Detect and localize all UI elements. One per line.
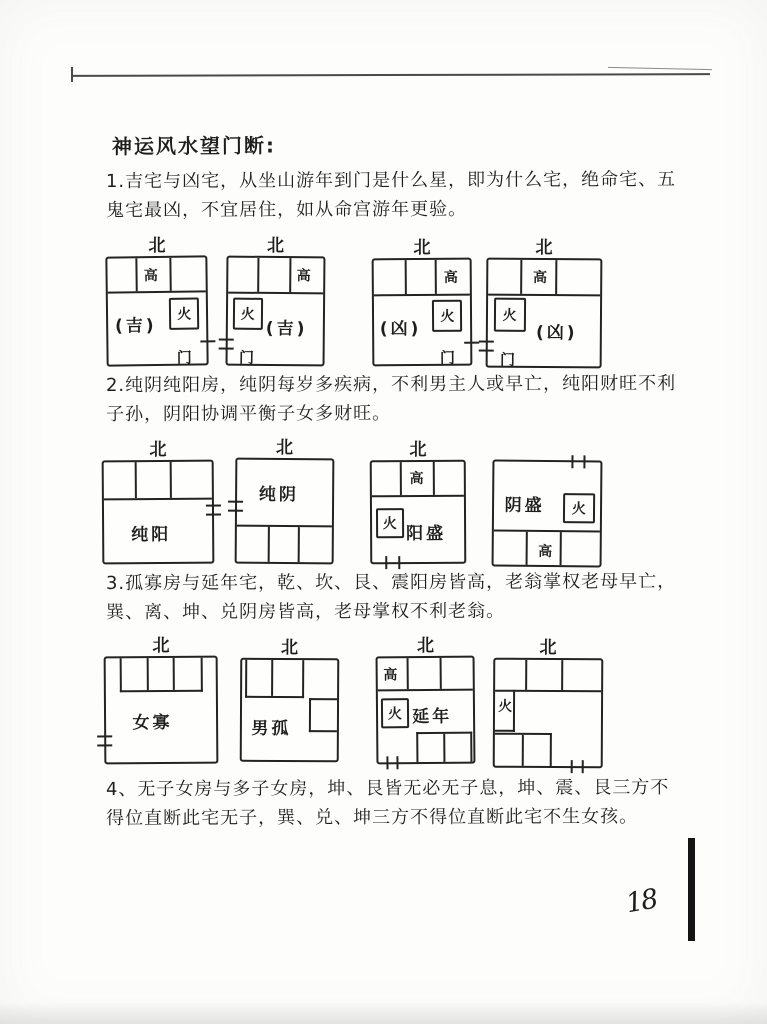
door-tick: [479, 340, 494, 342]
scan-bottom-smudge: [0, 1002, 767, 1024]
label-fire: 火: [383, 513, 397, 533]
label-door: 门: [177, 347, 192, 368]
house-diagram-r1-3: 北 高 (凶) 火 门: [374, 238, 470, 366]
room-block: [120, 658, 203, 693]
wall-line: [488, 294, 600, 297]
door-tick: [583, 455, 585, 468]
house-diagram-r3-3: 北 高 火 延年: [378, 636, 473, 764]
fire-box: 火: [563, 493, 595, 523]
north-label: 北: [149, 236, 166, 256]
label-fire: 火: [498, 696, 512, 716]
north-label: 北: [540, 638, 557, 658]
label-fire: 火: [388, 703, 402, 723]
door-tick: [219, 338, 234, 340]
wall-line: [104, 498, 212, 501]
label-high: 高: [444, 267, 458, 287]
door-tick: [386, 756, 388, 769]
label-high: 高: [409, 468, 423, 488]
label-yang-flourish: 阳盛: [406, 519, 446, 544]
page-number: 18: [624, 884, 659, 920]
wall-line: [237, 525, 332, 528]
north-label: 北: [150, 440, 167, 460]
scan-artifact-bar: [688, 838, 695, 941]
house-plan: 纯阳: [102, 460, 215, 565]
wall-line: [169, 258, 171, 291]
label-yin-flourish: 阴盛: [505, 490, 545, 515]
fire-box: 火: [432, 299, 462, 331]
fire-box: 火: [493, 298, 525, 332]
house-diagram-r3-4: 北 火: [495, 638, 601, 768]
label-fire: 火: [440, 305, 454, 325]
label-auspicious: (吉): [266, 314, 308, 339]
wall-line: [404, 260, 406, 294]
house-diagram-r2-1: 北 纯阳: [104, 440, 212, 564]
label-high: 高: [144, 265, 158, 285]
wall-line: [378, 689, 473, 692]
wall-line: [257, 258, 259, 292]
door-tick: [228, 510, 243, 512]
door-tick: [97, 745, 112, 747]
wall-line: [439, 658, 441, 689]
label-fire: 火: [241, 304, 255, 324]
wall-line: [559, 532, 561, 565]
door-tick: [219, 348, 234, 350]
label-pure-yang: 纯阳: [131, 520, 171, 545]
house-diagram-r1-2: 北 高 火 (吉) 门: [228, 236, 323, 366]
door-tick: [396, 756, 398, 769]
house-diagram-r1-1: 北 高 (吉) 火 门: [108, 236, 206, 366]
wall-line: [108, 290, 206, 293]
house-diagram-r3-2: 北 男孤: [242, 638, 337, 762]
house-plan: 男孤: [240, 658, 340, 763]
wall-line: [435, 260, 437, 294]
fire-box: 火: [376, 508, 404, 538]
house-diagram-r2-4: 高 阴盛 火: [494, 440, 600, 567]
label-high: 高: [297, 265, 311, 285]
label-yan-nian: 延年: [412, 701, 452, 726]
label-fire: 火: [177, 304, 191, 324]
paragraph-2: 2.纯阴纯阳房，纯阴每岁多疾病，不利男主人或早亡，纯阳财旺不利子孙，阴阳协调平衡…: [106, 369, 686, 429]
door-tick: [572, 455, 574, 468]
wall-line: [170, 462, 172, 498]
scanned-page: /* placeholder to keep structure simple …: [0, 0, 767, 1024]
wall-line: [271, 660, 273, 696]
wall-line: [136, 258, 138, 291]
room-block: [309, 698, 337, 732]
wall-line: [173, 658, 175, 690]
door-tick: [206, 505, 221, 507]
house-plan: 高 (凶) 火 门: [372, 258, 473, 367]
wall-line: [146, 658, 148, 690]
north-label: 北: [153, 636, 170, 656]
house-plan: 高 火 (吉) 门: [226, 256, 326, 367]
wall-line: [399, 462, 401, 495]
label-female-widow: 女寡: [132, 708, 172, 733]
door-tick: [228, 500, 243, 502]
paragraph-4: 4、无子女房与多子女房，坤、艮皆无必无子息，坤、震、艮三方不得位直断此宅无子，巽…: [106, 773, 686, 833]
wall-line: [228, 292, 323, 295]
north-label: 北: [536, 238, 553, 258]
door-tick: [479, 350, 494, 352]
door-tick: [200, 340, 215, 342]
label-inauspicious: (凶): [380, 314, 422, 339]
wall-line: [521, 735, 523, 766]
paragraph-3: 3.孤寡房与延年宅，乾、坎、艮、震阳房皆高，老翁掌权老母早亡，巽、离、坤、兑阴房…: [106, 567, 686, 627]
house-plan: 女寡: [104, 656, 219, 765]
wall-line: [432, 462, 434, 495]
house-diagram-r3-1: 北 女寡: [106, 636, 216, 764]
house-plan: 高 火 (凶) 门: [486, 258, 603, 369]
wall-line: [297, 527, 299, 562]
fire-box: 火: [169, 298, 199, 330]
door-tick: [97, 735, 112, 737]
wall-line: [289, 258, 291, 292]
wall-line: [268, 527, 270, 562]
wall-line: [374, 294, 470, 297]
wall-line: [135, 462, 137, 498]
room-block: [245, 660, 304, 698]
door-tick: [206, 514, 221, 516]
house-plan: 高 火 延年: [376, 656, 476, 765]
label-high: 高: [533, 267, 547, 287]
scan-top-rule-echo: [608, 67, 712, 70]
scan-top-rule-tick: [71, 67, 73, 82]
wall-line: [406, 658, 408, 689]
label-fire: 火: [503, 305, 517, 325]
house-plan: 高 (吉) 火 门: [105, 255, 208, 366]
wall-line: [494, 530, 600, 533]
wall-line: [561, 660, 563, 690]
north-label: 北: [417, 636, 434, 656]
label-door: 门: [440, 347, 455, 368]
label-high: 高: [538, 541, 552, 561]
wall-line: [372, 495, 464, 497]
house-diagram-r2-3: 北 高 火 阳盛: [372, 440, 464, 564]
house-diagram-r2-2: 北 纯阴: [237, 438, 332, 564]
label-high: 高: [383, 664, 397, 684]
house-plan: 火: [493, 658, 604, 769]
door-tick: [464, 342, 479, 344]
label-inauspicious: (凶): [536, 318, 578, 343]
fire-box: 火: [381, 698, 409, 728]
fire-box: 火: [233, 298, 263, 330]
scan-top-rule: [72, 73, 710, 77]
north-label: 北: [281, 638, 298, 658]
doc-title: 神运风水望门断:: [112, 129, 276, 163]
wall-line: [525, 532, 527, 565]
label-pure-yin: 纯阴: [259, 480, 299, 505]
house-diagram-r1-4: 北 高 火 (凶) 门: [488, 238, 600, 368]
house-plan: 高 火 阳盛: [370, 460, 467, 565]
label-auspicious: (吉): [115, 311, 157, 337]
house-plan: 高 阴盛 火: [492, 460, 603, 568]
wall-line: [443, 734, 445, 762]
house-plan: 纯阴: [235, 458, 335, 565]
wall-line: [555, 260, 557, 294]
door-tick: [398, 556, 400, 569]
wall-line: [521, 260, 523, 294]
paragraph-1: 1.吉宅与凶宅，从坐山游年到门是什么星，即为什么宅，绝命宅、五鬼宅最凶，不宜居住…: [106, 165, 686, 225]
north-label: 北: [414, 238, 431, 258]
wall-line: [525, 660, 527, 690]
north-label: 北: [276, 438, 293, 458]
label-door: 门: [239, 347, 254, 368]
door-tick: [385, 556, 387, 569]
door-tick: [582, 760, 584, 773]
door-tick: [571, 760, 573, 773]
label-fire: 火: [572, 498, 586, 518]
north-label: 北: [410, 440, 427, 460]
label-male-orphan: 男孤: [251, 714, 291, 739]
label-door: 门: [500, 349, 515, 370]
north-label: 北: [267, 236, 284, 256]
